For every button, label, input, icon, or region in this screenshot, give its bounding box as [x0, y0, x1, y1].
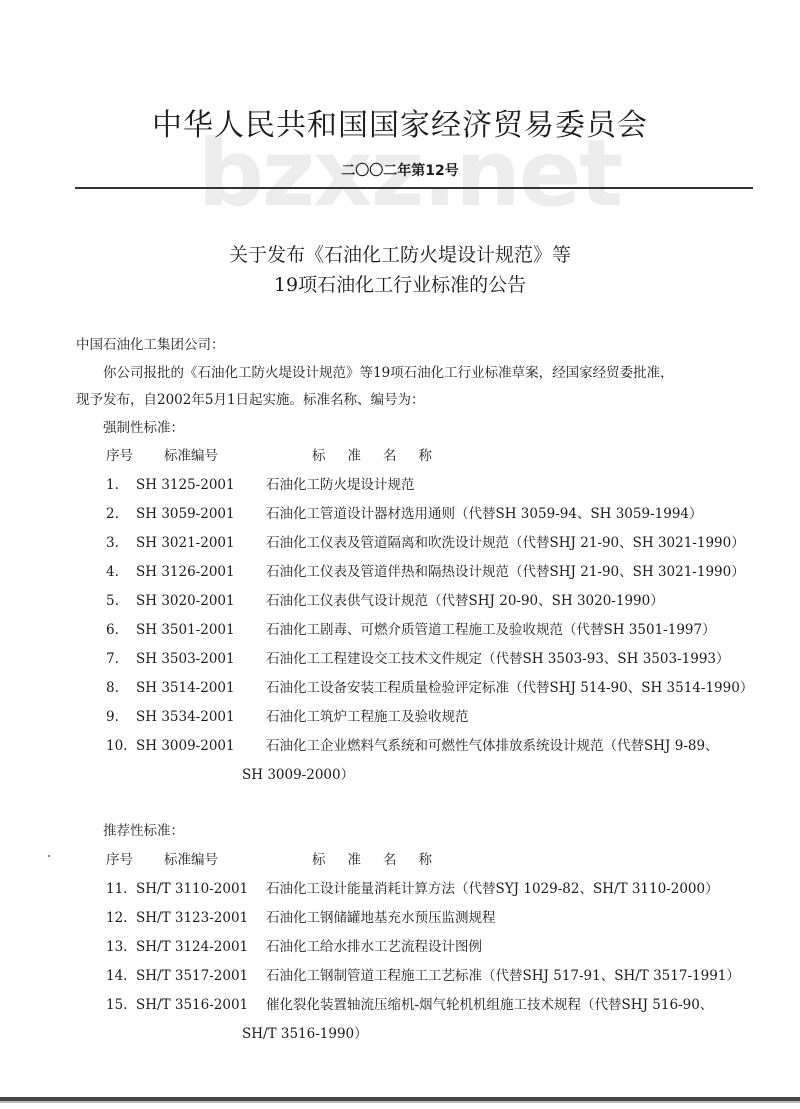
row-code: SH/T 3516-2001 [136, 991, 266, 1020]
row-no: 4. [76, 558, 136, 587]
row-code: SH 3501-2001 [136, 616, 266, 645]
row-name: 石油化工筑炉工程施工及验收规范 [266, 703, 776, 732]
row-code: SH 3059-2001 [136, 500, 266, 529]
announcement-title: 关于发布《石油化工防火堤设计规范》等 19项石油化工行业标准的公告 [0, 240, 800, 300]
table-row: 12.SH/T 3123-2001石油化工钢储罐地基充水预压监测规程 [76, 904, 776, 933]
row-no: 13. [76, 933, 136, 962]
row-name: 石油化工仪表及管道隔离和吹洗设计规范（代替SHJ 21-90、SH 3021-1… [266, 529, 776, 558]
addressee: 中国石油化工集团公司： [76, 332, 776, 360]
document-body: 中国石油化工集团公司： 你公司报批的《石油化工防火堤设计规范》等19项石油化工行… [76, 332, 776, 1049]
row-no: 11. [76, 875, 136, 904]
row-name: 石油化工仪表供气设计规范（代替SHJ 20-90、SH 3020-1990） [266, 587, 776, 616]
mandatory-heading: 强制性标准： [76, 415, 776, 443]
row-code: SH 3126-2001 [136, 558, 266, 587]
row-name: 石油化工仪表及管道伴热和隔热设计规范（代替SHJ 21-90、SH 3021-1… [266, 558, 776, 587]
column-header-name: 标准名称 [292, 846, 454, 875]
row-name: 催化裂化装置轴流压缩机-烟气轮机机组施工技术规程（代替SHJ 516-90、 [266, 991, 776, 1020]
page-bottom-border-shadow [0, 1101, 800, 1103]
row-no: 5. [76, 587, 136, 616]
row-name: 石油化工管道设计器材选用通则（代替SH 3059-94、SH 3059-1994… [266, 500, 776, 529]
row-code: SH/T 3123-2001 [136, 904, 266, 933]
row-code: SH 3125-2001 [136, 471, 266, 500]
row-name: 石油化工钢储罐地基充水预压监测规程 [266, 904, 776, 933]
row-name: 石油化工给水排水工艺流程设计图例 [266, 933, 776, 962]
row-no: 7. [76, 645, 136, 674]
row-name-continuation: SH/T 3516-1990） [76, 1020, 776, 1049]
table-row: 4.SH 3126-2001石油化工仪表及管道伴热和隔热设计规范（代替SHJ 2… [76, 558, 776, 587]
recommended-table-header: 序号 标准编号 标准名称 [76, 846, 776, 875]
table-row: 15.SH/T 3516-2001催化裂化装置轴流压缩机-烟气轮机机组施工技术规… [76, 991, 776, 1020]
row-code: SH 3021-2001 [136, 529, 266, 558]
table-row: 13.SH/T 3124-2001石油化工给水排水工艺流程设计图例 [76, 933, 776, 962]
recommended-heading: 推荐性标准： [76, 818, 776, 846]
row-no: 14. [76, 962, 136, 991]
row-name-continuation: SH 3009-2000） [76, 761, 776, 790]
row-code: SH/T 3517-2001 [136, 962, 266, 991]
row-no: 8. [76, 674, 136, 703]
header-divider [75, 187, 753, 189]
row-no: 1. [76, 471, 136, 500]
document-number: 二〇〇二年第12号 [0, 160, 800, 180]
row-name: 石油化工防火堤设计规范 [266, 471, 776, 500]
table-row: 7.SH 3503-2001石油化工工程建设交工技术文件规定（代替SH 3503… [76, 645, 776, 674]
row-code: SH 3009-2001 [136, 732, 266, 761]
row-no: 12. [76, 904, 136, 933]
row-no: 2. [76, 500, 136, 529]
table-row: 9.SH 3534-2001石油化工筑炉工程施工及验收规范 [76, 703, 776, 732]
column-header-code: 标准编号 [164, 846, 292, 875]
table-row: 6.SH 3501-2001石油化工剧毒、可燃介质管道工程施工及验收规范（代替S… [76, 616, 776, 645]
column-header-no: 序号 [76, 846, 164, 875]
table-row: 2.SH 3059-2001石油化工管道设计器材选用通则（代替SH 3059-9… [76, 500, 776, 529]
row-code: SH/T 3110-2001 [136, 875, 266, 904]
row-no: 15. [76, 991, 136, 1020]
row-code: SH 3514-2001 [136, 674, 266, 703]
table-row: 3.SH 3021-2001石油化工仪表及管道隔离和吹洗设计规范（代替SHJ 2… [76, 529, 776, 558]
scan-speck [48, 855, 50, 857]
row-name: 石油化工企业燃料气系统和可燃性气体排放系统设计规范（代替SHJ 9-89、 [266, 732, 776, 761]
announcement-title-line1: 关于发布《石油化工防火堤设计规范》等 [0, 240, 800, 270]
row-name: 石油化工设备安装工程质量检验评定标准（代替SHJ 514-90、SH 3514-… [266, 674, 776, 703]
row-name: 石油化工工程建设交工技术文件规定（代替SH 3503-93、SH 3503-19… [266, 645, 776, 674]
row-name: 石油化工设计能量消耗计算方法（代替SYJ 1029-82、SH/T 3110-2… [266, 875, 776, 904]
table-row: 8.SH 3514-2001石油化工设备安装工程质量检验评定标准（代替SHJ 5… [76, 674, 776, 703]
column-header-no: 序号 [76, 442, 164, 471]
issuer-title: 中华人民共和国国家经济贸易委员会 [0, 100, 800, 144]
row-name: 石油化工钢制管道工程施工工艺标准（代替SHJ 517-91、SH/T 3517-… [266, 962, 776, 991]
column-header-name: 标准名称 [292, 442, 454, 471]
table-row: 1.SH 3125-2001石油化工防火堤设计规范 [76, 471, 776, 500]
row-no: 6. [76, 616, 136, 645]
column-header-code: 标准编号 [164, 442, 292, 471]
announcement-title-line2: 19项石油化工行业标准的公告 [0, 270, 800, 300]
table-row: 10.SH 3009-2001石油化工企业燃料气系统和可燃性气体排放系统设计规范… [76, 732, 776, 761]
row-code: SH/T 3124-2001 [136, 933, 266, 962]
table-row: 5.SH 3020-2001石油化工仪表供气设计规范（代替SHJ 20-90、S… [76, 587, 776, 616]
paragraph-line-2: 现予发布，自2002年5月1日起实施。标准名称、编号为： [76, 387, 776, 415]
row-name: 石油化工剧毒、可燃介质管道工程施工及验收规范（代替SH 3501-1997） [266, 616, 776, 645]
row-no: 10. [76, 732, 136, 761]
table-row: 14.SH/T 3517-2001石油化工钢制管道工程施工工艺标准（代替SHJ … [76, 962, 776, 991]
mandatory-table-header: 序号 标准编号 标准名称 [76, 442, 776, 471]
row-no: 3. [76, 529, 136, 558]
paragraph-line-1: 你公司报批的《石油化工防火堤设计规范》等19项石油化工行业标准草案，经国家经贸委… [76, 360, 776, 388]
row-code: SH 3534-2001 [136, 703, 266, 732]
row-code: SH 3503-2001 [136, 645, 266, 674]
table-row: 11.SH/T 3110-2001石油化工设计能量消耗计算方法（代替SYJ 10… [76, 875, 776, 904]
row-code: SH 3020-2001 [136, 587, 266, 616]
row-no: 9. [76, 703, 136, 732]
